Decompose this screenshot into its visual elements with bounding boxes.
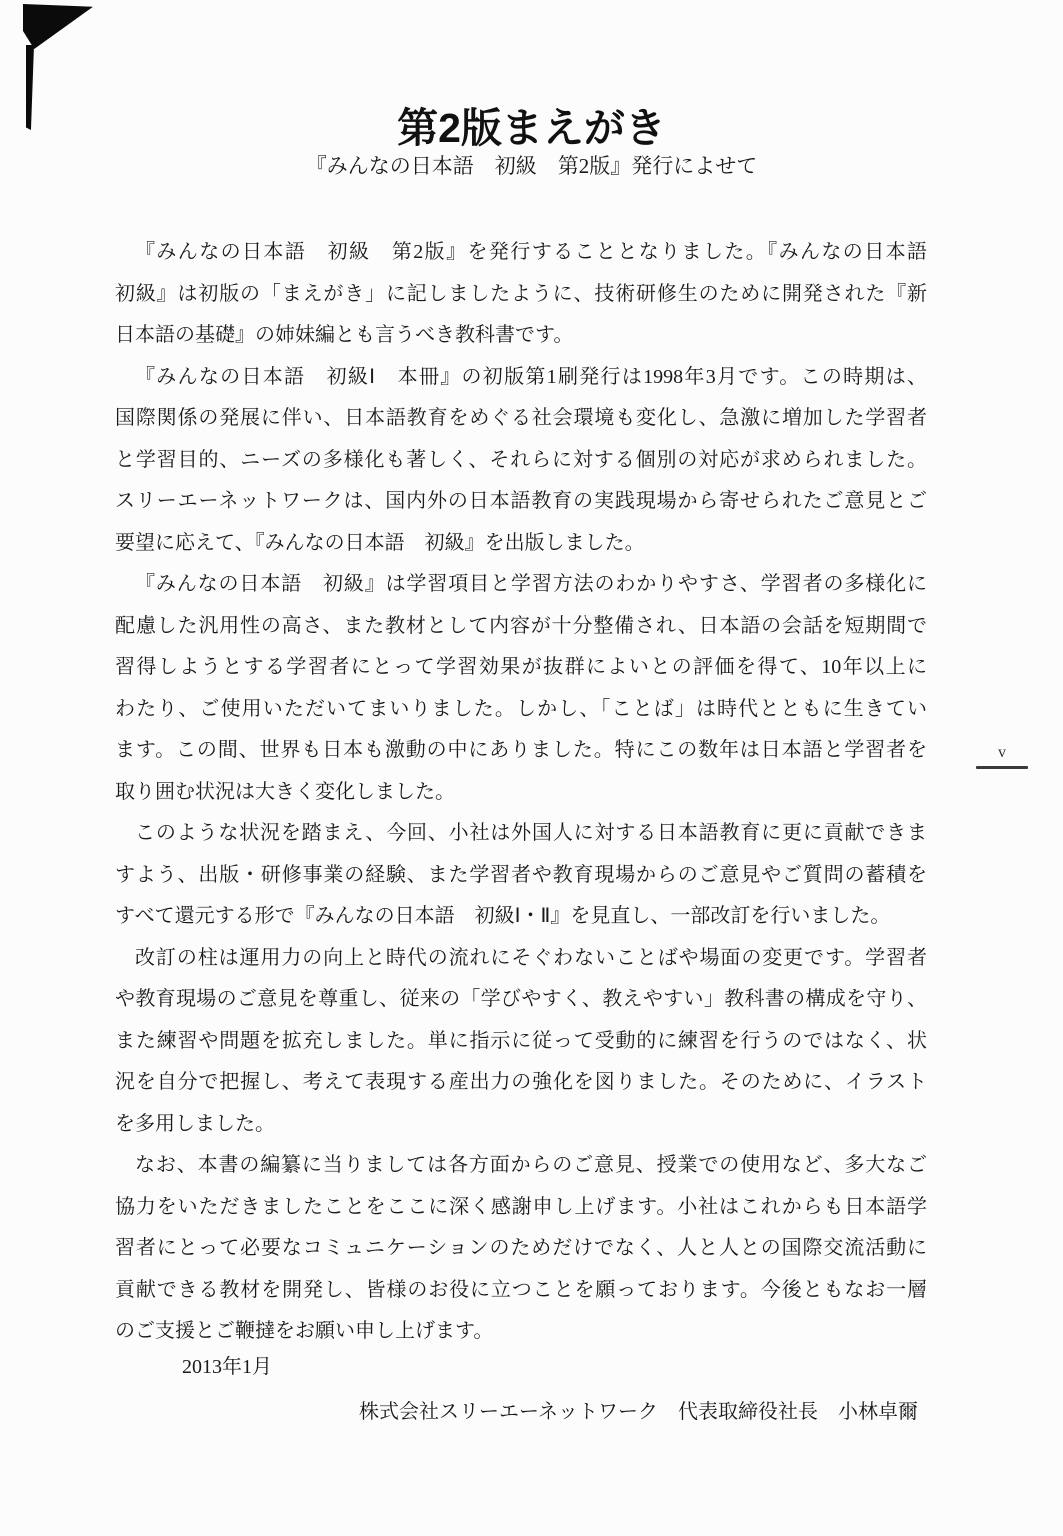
body-line: 貢献できる教材を開発し、皆様のお役に立つことを願っております。今後ともなお一層	[115, 1270, 927, 1312]
body-line: 取り囲む状況は大きく変化しました。	[115, 772, 927, 814]
body-line: 『みんなの日本語 初級Ⅰ 本冊』の初版第1刷発行は1998年3月です。この時期は…	[115, 357, 927, 399]
page-number: v	[975, 744, 1029, 762]
signature-line: 株式会社スリーエーネットワーク 代表取締役社長 小林卓爾	[115, 1392, 927, 1434]
body-line: すよう、出版・研修事業の経験、また学習者や教育現場からのご意見やご質問の蓄積を	[115, 855, 927, 897]
body-text: 『みんなの日本語 初級 第2版』を発行することとなりました。『みんなの日本語初級…	[115, 232, 927, 1434]
body-line: 習者にとって必要なコミュニケーションのためだけでなく、人と人との国際交流活動に	[115, 1228, 927, 1270]
body-line: ます。この間、世界も日本も激動の中にありました。特にこの数年は日本語と学習者を	[115, 730, 927, 772]
body-line: なお、本書の編纂に当りましては各方面からのご意見、授業での使用など、多大なご	[115, 1145, 927, 1187]
body-line: と学習目的、ニーズの多様化も著しく、それらに対する個別の対応が求められました。	[115, 440, 927, 482]
body-line: 初級』は初版の「まえがき」に記しましたように、技術研修生のために開発された『新	[115, 274, 927, 316]
body-line: わたり、ご使用いただいてまいりました。しかし、「ことば」は時代とともに生きてい	[115, 689, 927, 731]
body-line: 国際関係の発展に伴い、日本語教育をめぐる社会環境も変化し、急激に増加した学習者	[115, 398, 927, 440]
body-line: を多用しました。	[115, 1104, 927, 1146]
body-line: 況を自分で把握し、考えて表現する産出力の強化を図りました。そのために、イラスト	[115, 1062, 927, 1104]
body-line: 『みんなの日本語 初級 第2版』を発行することとなりました。『みんなの日本語	[115, 232, 927, 274]
body-line: や教育現場のご意見を尊重し、従来の「学びやすく、教えやすい」教科書の構成を守り、	[115, 979, 927, 1021]
body-line: 協力をいただきましたことをここに深く感謝申し上げます。小社はこれからも日本語学	[115, 1187, 927, 1229]
scan-artifact-wedge	[23, 4, 93, 49]
date-line: 2013年1月	[115, 1347, 927, 1389]
body-line: このような状況を踏まえ、今回、小社は外国人に対する日本語教育に更に貢献できま	[115, 813, 927, 855]
page-title: 第2版まえがき	[0, 103, 1063, 153]
body-line: 習得しようとする学習者にとって学習効果が抜群によいとの評価を得て、10年以上に	[115, 647, 927, 689]
body-line: スリーエーネットワークは、国内外の日本語教育の実践現場から寄せられたご意見とご	[115, 481, 927, 523]
scanned-preface-page: 第2版まえがき 『みんなの日本語 初級 第2版』発行によせて 『みんなの日本語 …	[0, 0, 1063, 1536]
page-number-rule	[976, 766, 1028, 769]
paragraphs: 『みんなの日本語 初級 第2版』を発行することとなりました。『みんなの日本語初級…	[115, 232, 927, 1353]
body-line: 配慮した汎用性の高さ、また教材として内容が十分整備され、日本語の会話を短期間で	[115, 606, 927, 648]
page-subtitle: 『みんなの日本語 初級 第2版』発行によせて	[0, 151, 1063, 181]
body-line: また練習や問題を拡充しました。単に指示に従って受動的に練習を行うのではなく、状	[115, 1021, 927, 1063]
body-line: 日本語の基礎』の姉妹編とも言うべき教科書です。	[115, 315, 927, 357]
body-line: 改訂の柱は運用力の向上と時代の流れにそぐわないことばや場面の変更です。学習者	[115, 938, 927, 980]
body-line: 要望に応えて、『みんなの日本語 初級』を出版しました。	[115, 523, 927, 565]
body-line: 『みんなの日本語 初級』は学習項目と学習方法のわかりやすさ、学習者の多様化に	[115, 564, 927, 606]
body-line: すべて還元する形で『みんなの日本語 初級Ⅰ・Ⅱ』を見直し、一部改訂を行いました。	[115, 896, 927, 938]
